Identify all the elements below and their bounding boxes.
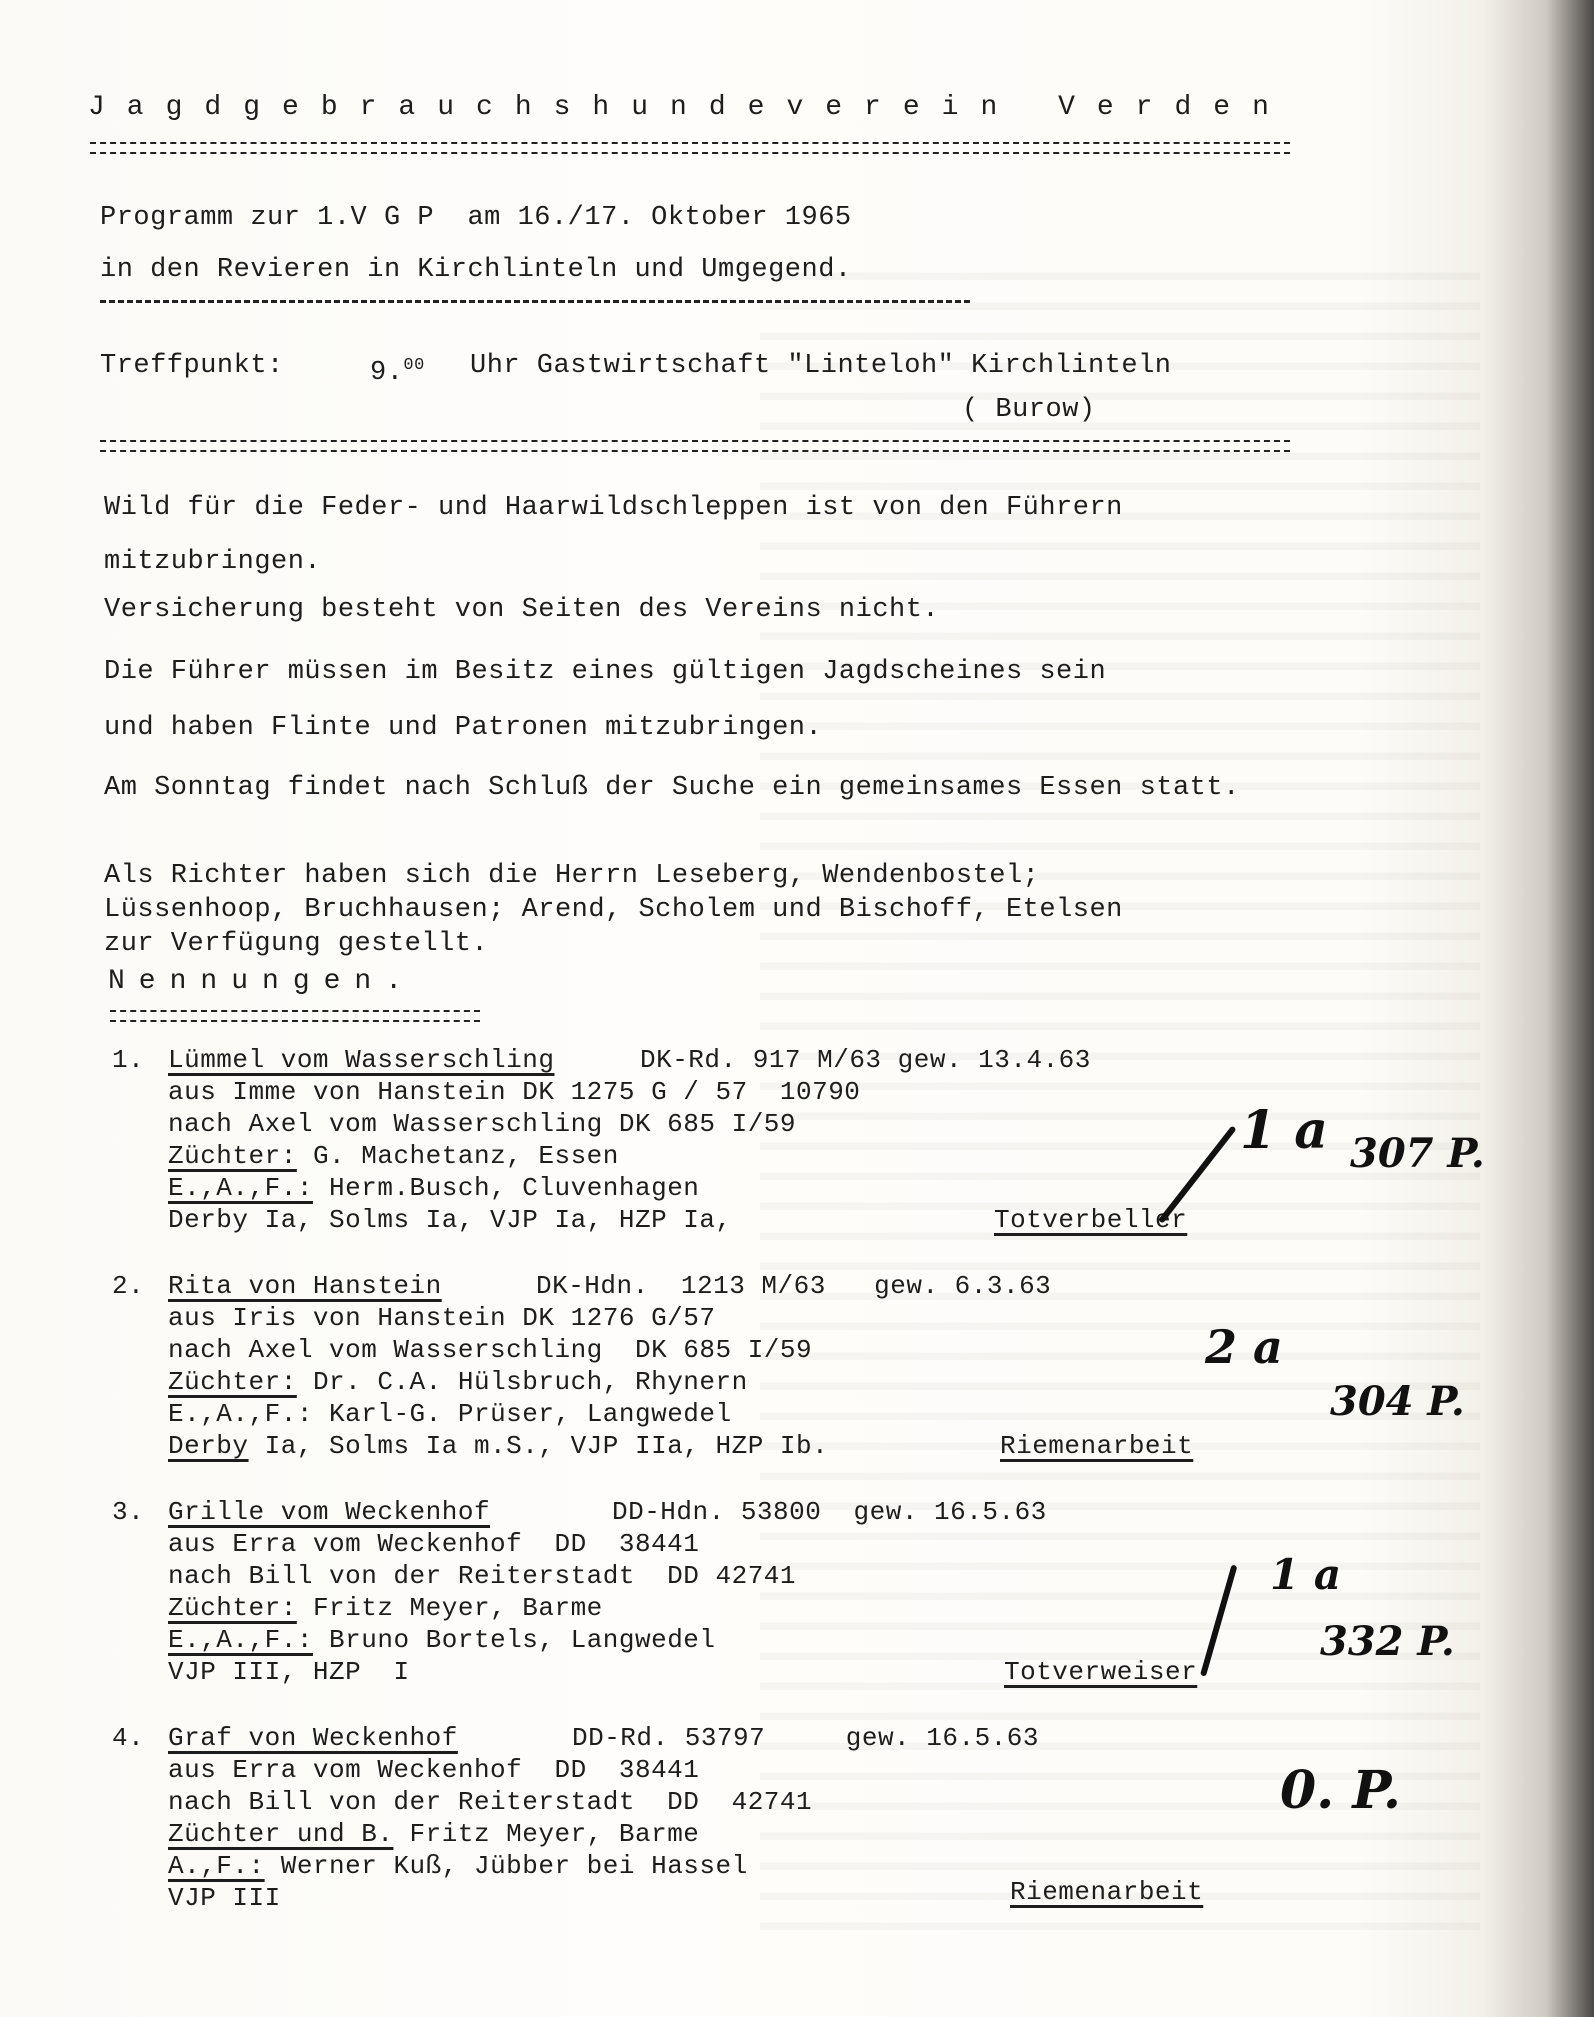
entry-dam: aus Imme von Hanstein DK 1275 G / 57 107… [168,1076,860,1108]
program-line-2: in den Revieren in Kirchlinteln und Umge… [100,254,852,286]
entry-registration: DD-Rd. 53797 gew. 16.5.63 [572,1722,1039,1754]
judges-line: Als Richter haben sich die Herrn Leseber… [104,860,1039,892]
note-line: und haben Flinte und Patronen mitzubring… [104,712,822,744]
handwritten-grade: 1 a [1270,1550,1341,1599]
entry-dog-name: Graf von Weckenhof [168,1722,458,1754]
handwritten-points: 0. P. [1280,1760,1401,1821]
judges-line: Lüssenhoop, Bruchhausen; Arend, Scholem … [104,894,1123,926]
handwritten-points: 307 P. [1350,1130,1485,1177]
entry-number: 2. [112,1270,144,1302]
judges-line: zur Verfügung gestellt. [104,928,488,960]
entry-sire: nach Bill von der Reiterstadt DD 42741 [168,1560,796,1592]
entry-sire: nach Axel vom Wasserschling DK 685 I/59 [168,1334,812,1366]
entry-results: VJP III [168,1882,281,1914]
entry-results: Derby Ia, Solms Ia, VJP Ia, HZP Ia, [168,1204,732,1236]
meeting-separator [100,440,1290,452]
note-line: Am Sonntag findet nach Schluß der Suche … [104,772,1240,804]
entry-breeder: Züchter: Dr. C.A. Hülsbruch, Rhynern [168,1366,748,1398]
entry-owner: E.,A.,F.: Bruno Bortels, Langwedel [168,1624,716,1656]
program-separator [100,300,970,309]
entry-breeder: Züchter: G. Machetanz, Essen [168,1140,619,1172]
entry-dog-name: Rita von Hanstein [168,1270,442,1302]
title-underline [90,142,1290,154]
entry-dog-name: Grille vom Weckenhof [168,1496,490,1528]
nominations-heading: Nennungen. [108,966,416,998]
entry-number: 4. [112,1722,144,1754]
entry-breeder: Züchter: Fritz Meyer, Barme [168,1592,603,1624]
handwritten-grade: 1 a [1240,1100,1328,1161]
handwritten-points: 304 P. [1330,1378,1465,1425]
handwritten-grade: 2 a [1205,1320,1283,1374]
entry-owner: E.,A.,F.: Herm.Busch, Cluvenhagen [168,1172,699,1204]
program-line-1: Programm zur 1.V G P am 16./17. Oktober … [100,202,852,234]
entry-breeder: Züchter und B. Fritz Meyer, Barme [168,1818,699,1850]
entry-registration: DK-Rd. 917 M/63 gew. 13.4.63 [640,1044,1091,1076]
handwritten-points: 332 P. [1320,1618,1455,1665]
entry-owner: A.,F.: Werner Kuß, Jübber bei Hassel [168,1850,748,1882]
meeting-label: Treffpunkt: [100,350,284,382]
entry-dam: aus Erra vom Weckenhof DD 38441 [168,1528,699,1560]
entry-registration: DD-Hdn. 53800 gew. 16.5.63 [612,1496,1047,1528]
entry-number: 3. [112,1496,144,1528]
note-line: mitzubringen. [104,546,321,578]
meeting-place: Uhr Gastwirtschaft "Linteloh" Kirchlinte… [470,350,1172,382]
meeting-time: 9.00 [370,350,425,389]
meeting-host: ( Burow) [962,394,1096,426]
entry-dam: aus Iris von Hanstein DK 1276 G/57 [168,1302,716,1334]
entry-dog-name: Lümmel vom Wasserschling [168,1044,554,1076]
club-title: Jagdgebrauchshundeverein Verden [88,92,1291,124]
entry-specialty: Totverweiser [1004,1656,1197,1688]
entry-number: 1. [112,1044,144,1076]
entry-sire: nach Axel vom Wasserschling DK 685 I/59 [168,1108,796,1140]
entry-results: Derby Ia, Solms Ia m.S., VJP IIa, HZP Ib… [168,1430,828,1462]
note-line: Versicherung besteht von Seiten des Vere… [104,594,939,626]
note-line: Die Führer müssen im Besitz eines gültig… [104,656,1106,688]
entry-specialty: Riemenarbeit [1010,1876,1203,1908]
entry-registration: DK-Hdn. 1213 M/63 gew. 6.3.63 [536,1270,1051,1302]
entry-dam: aus Erra vom Weckenhof DD 38441 [168,1754,699,1786]
entry-results: VJP III, HZP I [168,1656,410,1688]
nominations-underline [110,1010,480,1022]
entry-sire: nach Bill von der Reiterstadt DD 42741 [168,1786,812,1818]
entry-specialty: Riemenarbeit [1000,1430,1193,1462]
entry-owner: E.,A.,F.: Karl-G. Prüser, Langwedel [168,1398,732,1430]
note-line: Wild für die Feder- und Haarwildschleppe… [104,492,1123,524]
